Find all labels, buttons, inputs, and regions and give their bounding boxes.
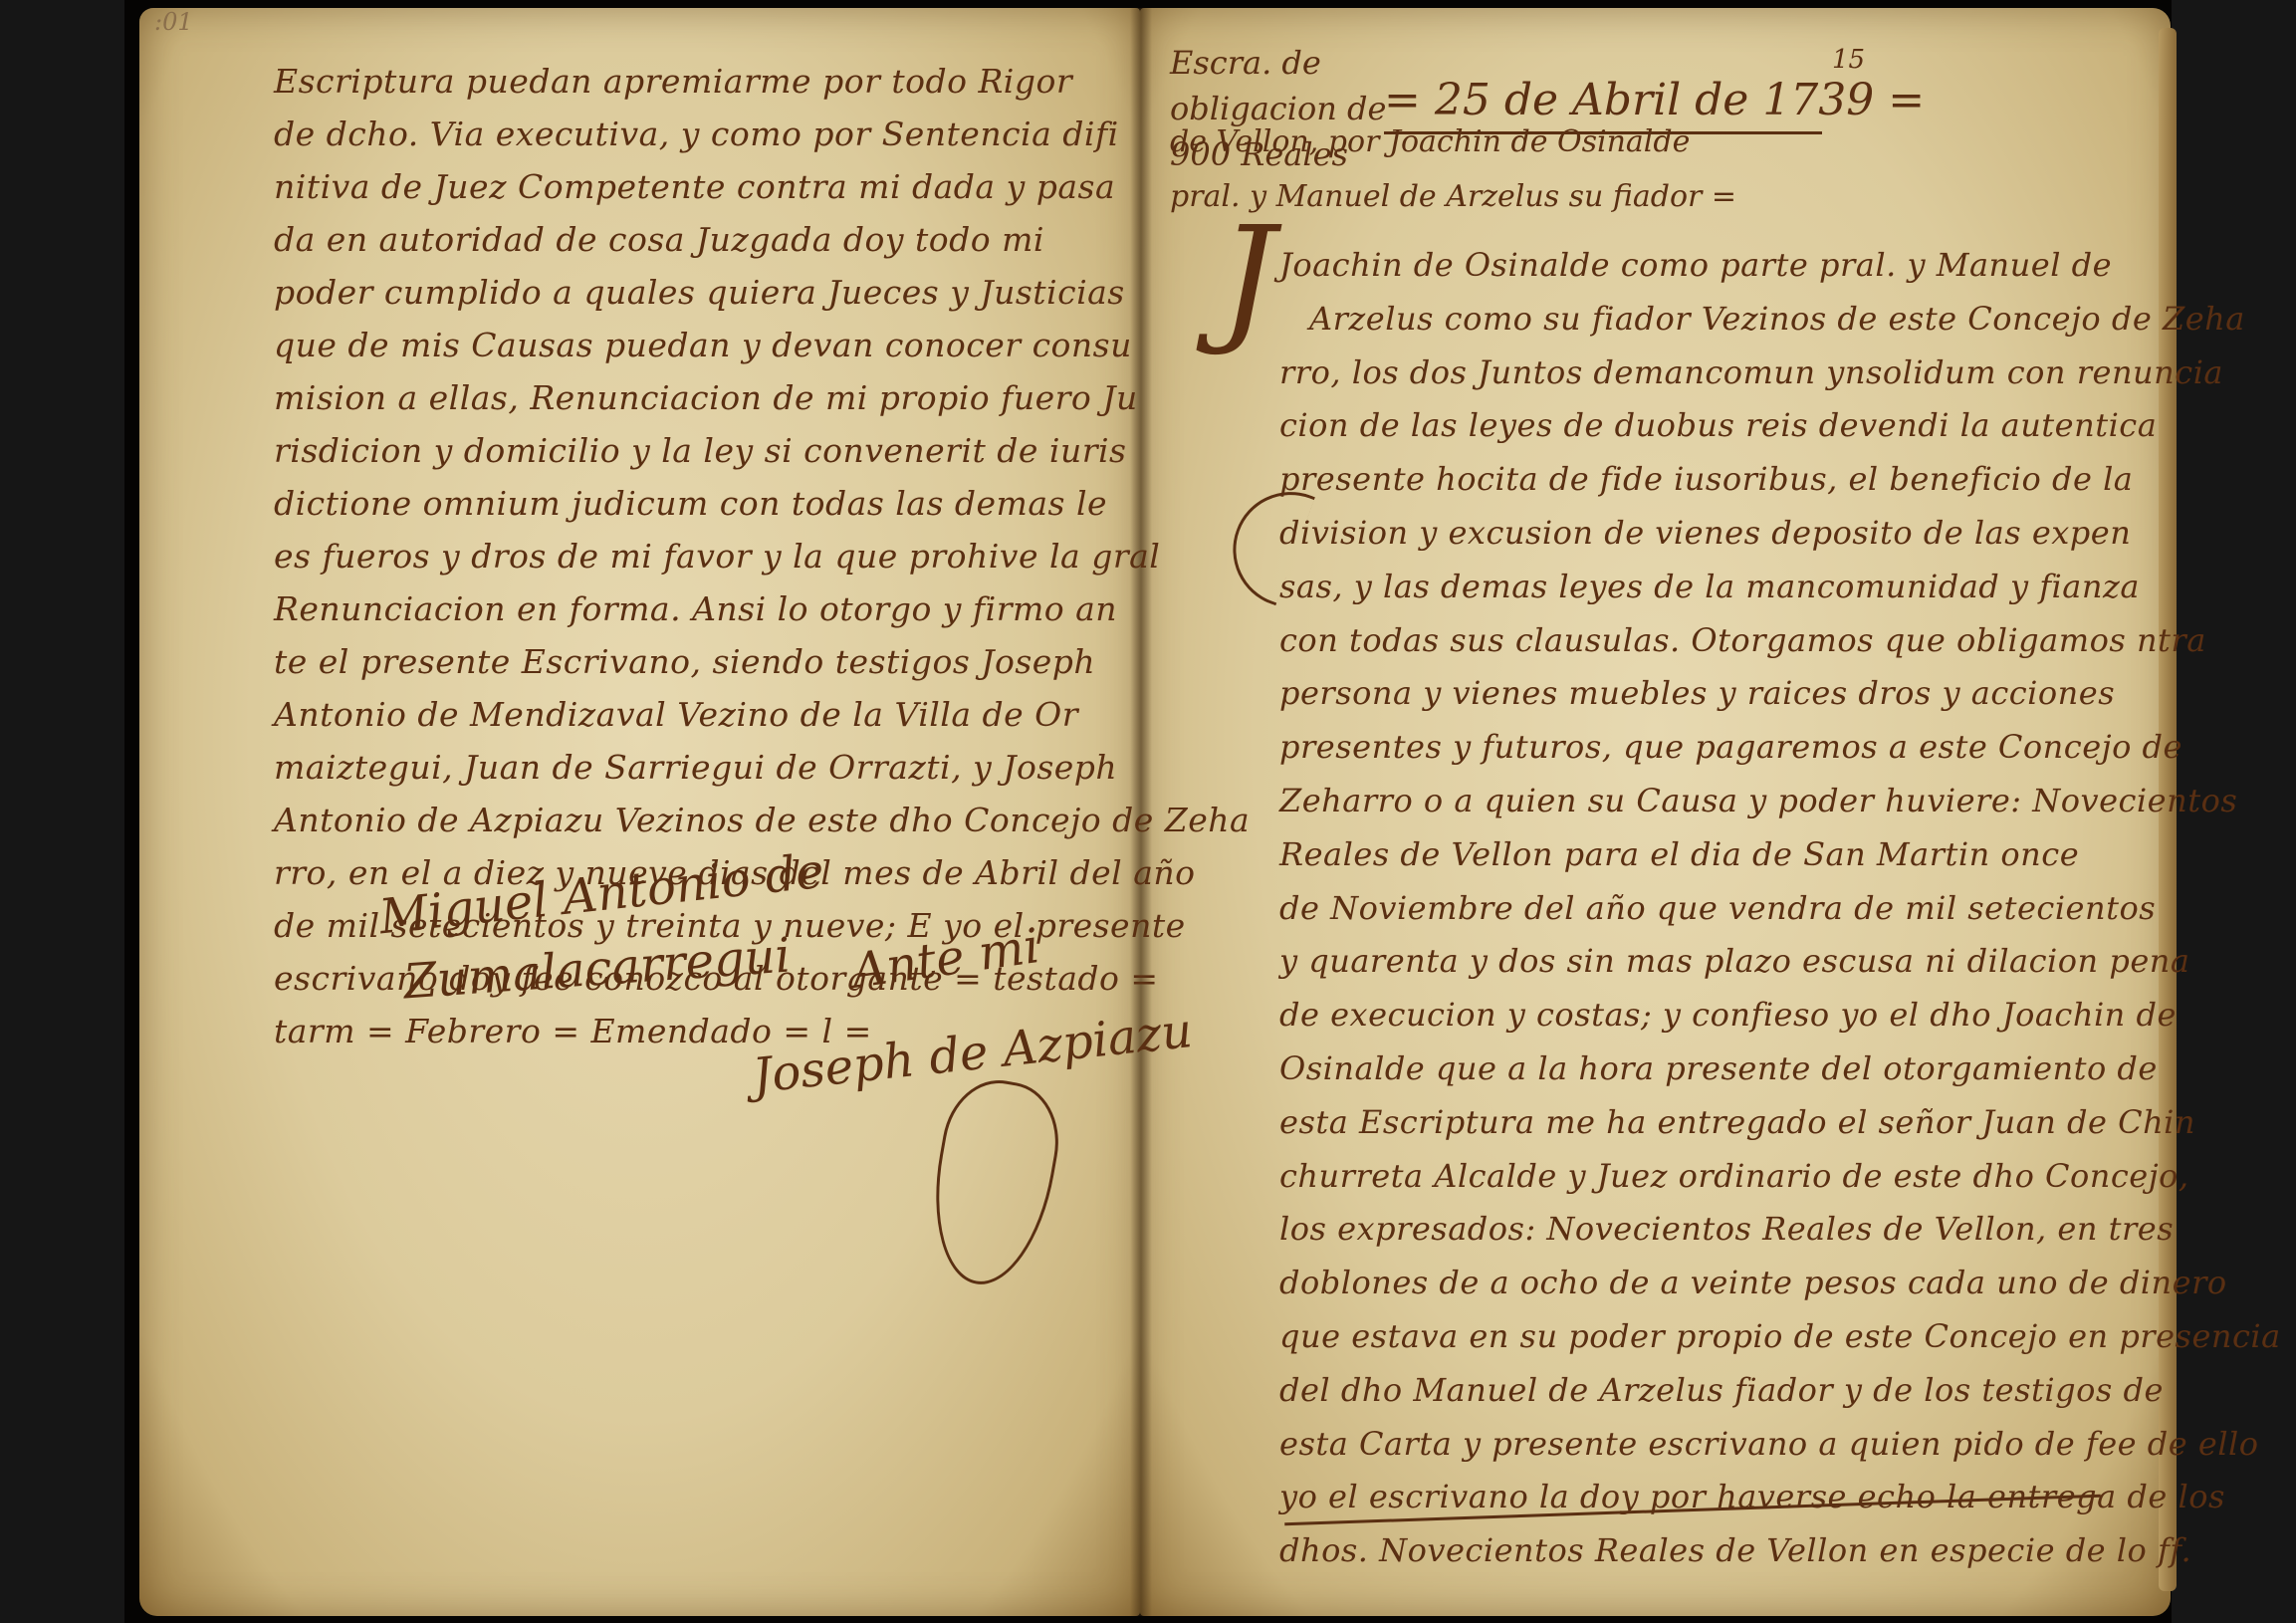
manuscript-line: y quarenta y dos sin mas plazo escusa ni… [1240,935,2126,989]
manuscript-line: que de mis Causas puedan y devan conocer… [274,319,1130,371]
manuscript-line: nitiva de Juez Competente contra mi dada… [274,160,1130,213]
manuscript-line: Antonio de Azpiazu Vezinos de este dho C… [274,794,1130,846]
manuscript-line: risdicion y domicilio y la ley si conven… [274,424,1130,477]
manuscript-line: Renunciacion en forma. Ansi lo otorgo y … [274,582,1130,635]
manuscript-line: cion de las leyes de duobus reis devendi… [1240,399,2126,453]
manuscript-line: division y excusion de vienes deposito d… [1240,507,2126,561]
manuscript-line: esta Escriptura me ha entregado el señor… [1240,1096,2126,1150]
manuscript-line: churreta Alcalde y Juez ordinario de est… [1240,1150,2126,1204]
manuscript-line: es fueros y dros de mi favor y la que pr… [274,530,1130,582]
manuscript-line: del dho Manuel de Arzelus fiador y de lo… [1240,1364,2126,1418]
manuscript-line: te el presente Escrivano, siendo testigo… [274,635,1130,688]
manuscript-line: con todas sus clausulas. Otorgamos que o… [1240,614,2126,668]
manuscript-line: da en autoridad de cosa Juzgada doy todo… [274,213,1130,266]
manuscript-line: de execucion y costas; y confieso yo el … [1240,989,2126,1043]
manuscript-line: Antonio de Mendizaval Vezino de la Villa… [274,688,1130,741]
manuscript-line: presentes y futuros, que pagaremos a est… [1240,721,2126,775]
manuscript-line: dhos. Novecientos Reales de Vellon en es… [1240,1524,2126,1578]
manuscript-line: Arzelus como su fiador Vezinos de este C… [1240,293,2126,347]
left-folio-mark: :01 [154,8,193,36]
manuscript-line: dictione omnium judicum con todas las de… [274,477,1130,530]
manuscript-line: Reales de Vellon para el dia de San Mart… [1240,828,2126,882]
manuscript-line: rro, los dos Juntos demancomun ynsolidum… [1240,347,2126,400]
document-date: = 25 de Abril de 1739 = [1384,75,1822,134]
manuscript-line: Osinalde que a la hora presente del otor… [1240,1043,2126,1096]
manuscript-line: de Noviembre del año que vendra de mil s… [1240,882,2126,936]
manuscript-line: esta Carta y presente escrivano a quien … [1240,1418,2126,1472]
manuscript-line: sas, y las demas leyes de la mancomunida… [1240,561,2126,614]
manuscript-line: poder cumplido a quales quiera Jueces y … [274,266,1130,319]
manuscript-line: Escriptura puedan apremiarme por todo Ri… [274,55,1130,108]
manuscript-line: mision a ellas, Renunciacion de mi propi… [274,371,1130,424]
manuscript-line: maiztegui, Juan de Sarriegui de Orrazti,… [274,741,1130,794]
manuscript-line: presente hocita de fide iusoribus, el be… [1240,453,2126,507]
manuscript-line: que estava en su poder propio de este Co… [1240,1310,2126,1364]
manuscript-line: de dcho. Via executiva, y como por Sente… [274,108,1130,160]
manuscript-line: doblones de a ocho de a veinte pesos cad… [1240,1257,2126,1310]
manuscript-line: persona y vienes muebles y raices dros y… [1240,667,2126,721]
manuscript-line: Joachin de Osinalde como parte pral. y M… [1240,239,2126,293]
manuscript-line: los expresados: Novecientos Reales de Ve… [1240,1203,2126,1257]
scan-background-left [0,0,124,1623]
right-page-text: Joachin de Osinalde como parte pral. y M… [1240,239,2126,1578]
manuscript-line: Zeharro o a quien su Causa y poder huvie… [1240,775,2126,828]
